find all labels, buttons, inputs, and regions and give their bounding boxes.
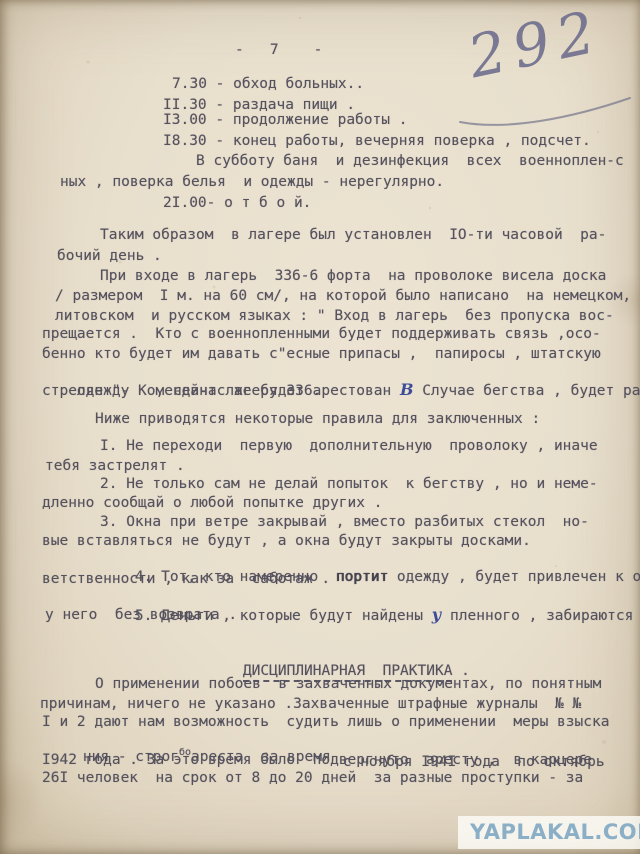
handwritten-page-number: 292: [462, 0, 608, 91]
handwritten-flourish: [452, 92, 638, 134]
schedule-line: 2I.00- о т б о й.: [163, 195, 311, 212]
schedule-line: I8.30 - конец работы, вечерняя поверка ,…: [163, 133, 591, 150]
corrected-word: портит: [336, 569, 388, 585]
schedule-line: 7.30 - обход больных..: [172, 76, 364, 93]
paragraph-line: При входе в лагерь 336-6 форта на провол…: [100, 268, 606, 285]
page-number: - 7 -: [235, 42, 322, 59]
paragraph-line: причинам, ничего не указано .Захваченные…: [40, 696, 581, 713]
rule-line: 2. Не только сам не делай попыток к бегс…: [100, 476, 598, 493]
paragraph-line: Таким образом в лагере был установлен IO…: [100, 227, 606, 244]
paragraph-line: прещается . Кто с военнопленными будет п…: [42, 326, 601, 343]
rule-line: 3. Окна при ветре закрывай , вместо разб…: [100, 514, 589, 531]
text-run: одежду , будет привлечен к от-: [388, 569, 640, 585]
site-watermark: YAPLAKAL.COM: [458, 816, 640, 849]
schedule-line: В субботу баня и дезинфекция всех военно…: [196, 153, 624, 170]
paragraph-line: литовском и русском языках : " Вход в ла…: [55, 308, 614, 325]
rule-line: дленно сообщай о любой попытке других .: [42, 495, 382, 512]
handwritten-letter: В: [400, 380, 414, 399]
paragraph-line: бочий день .: [57, 248, 162, 265]
paragraph-line: I942 года . За это время было подвергнут…: [42, 752, 592, 769]
paragraph-line: 26I человек на срок от 8 до 20 дней за р…: [42, 770, 583, 787]
paragraph-line: / размером I м. на 60 см/, на которой бы…: [55, 288, 631, 305]
schedule-line: ных , поверка белья и одежды - нерегуляр…: [60, 174, 444, 191]
rule-line: у него без возврата .: [45, 607, 237, 624]
rule-line: вые вставляться не будут , а окна будут …: [42, 533, 531, 550]
text-run: пленного , забираются: [441, 608, 633, 624]
rules-intro: Ниже приводятся некоторые правила для за…: [95, 411, 540, 428]
scanned-document-page: - 7 - 292 7.30 - обход больных.. II.30 -…: [0, 0, 640, 854]
rule-line: тебя застрелят .: [45, 458, 185, 475]
text-run: Случае бегства , будет рас-: [413, 383, 640, 399]
paragraph-line: стрелян "- Комендант лагеря 336.: [42, 383, 321, 400]
paragraph-line: I и 2 дают нам возможность судить лишь о…: [42, 714, 609, 731]
paragraph-line: О применении побоев в захваченных докуме…: [95, 676, 601, 693]
handwritten-letter: у: [432, 605, 442, 624]
paragraph-line: бенно кто будет им давать с"есные припас…: [42, 346, 601, 363]
rule-line: ветственности , как за саботаж .: [42, 571, 330, 588]
rule-line: I. Не переходи первую дополнительную про…: [100, 438, 598, 455]
schedule-line: I3.00 - продолжение работы .: [163, 112, 407, 129]
